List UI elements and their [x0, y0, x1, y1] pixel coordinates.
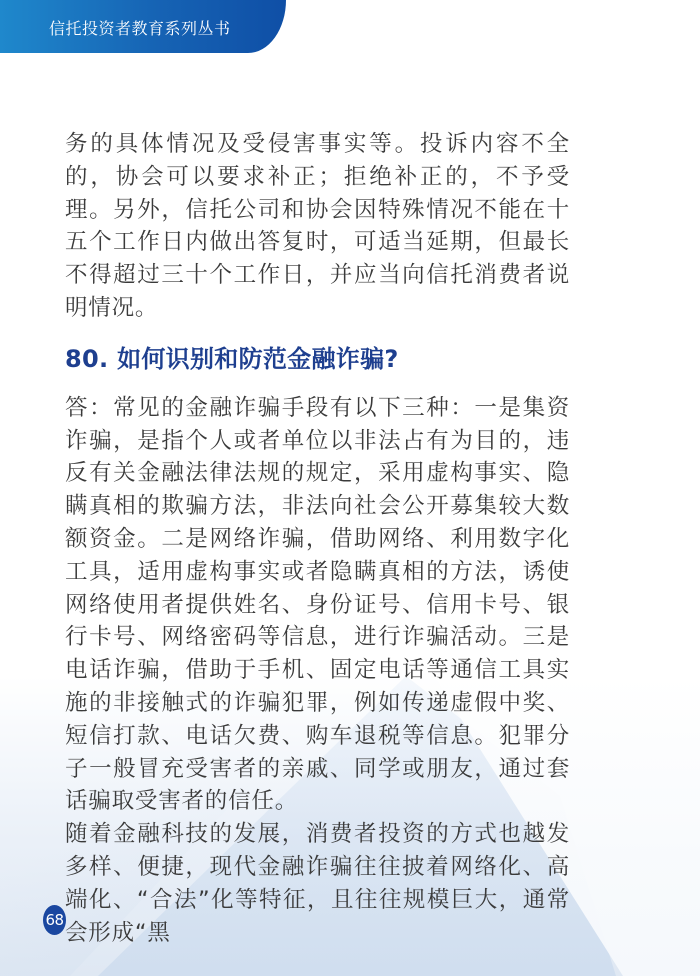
page-content: 务的具体情况及受侵害事实等。投诉内容不全的，协会可以要求补正；拒绝补正的，不予受… [65, 128, 570, 949]
continuation-paragraph: 随着金融科技的发展，消费者投资的方式也越发多样、便捷，现代金融诈骗往往披着网络化… [65, 818, 570, 949]
series-title: 信托投资者教育系列丛书 [49, 16, 231, 39]
header-banner: 信托投资者教育系列丛书 [0, 0, 286, 53]
question-number: 80. [65, 345, 108, 373]
intro-paragraph: 务的具体情况及受侵害事实等。投诉内容不全的，协会可以要求补正；拒绝补正的，不予受… [65, 128, 570, 325]
question-title: 如何识别和防范金融诈骗? [117, 345, 399, 373]
answer-paragraph: 答：常见的金融诈骗手段有以下三种：一是集资诈骗，是指个人或者单位以非法占有为目的… [65, 392, 570, 818]
question-heading: 80. 如何识别和防范金融诈骗? [65, 343, 570, 375]
page-number-badge: 68 [43, 905, 66, 935]
page-number: 68 [45, 911, 63, 929]
